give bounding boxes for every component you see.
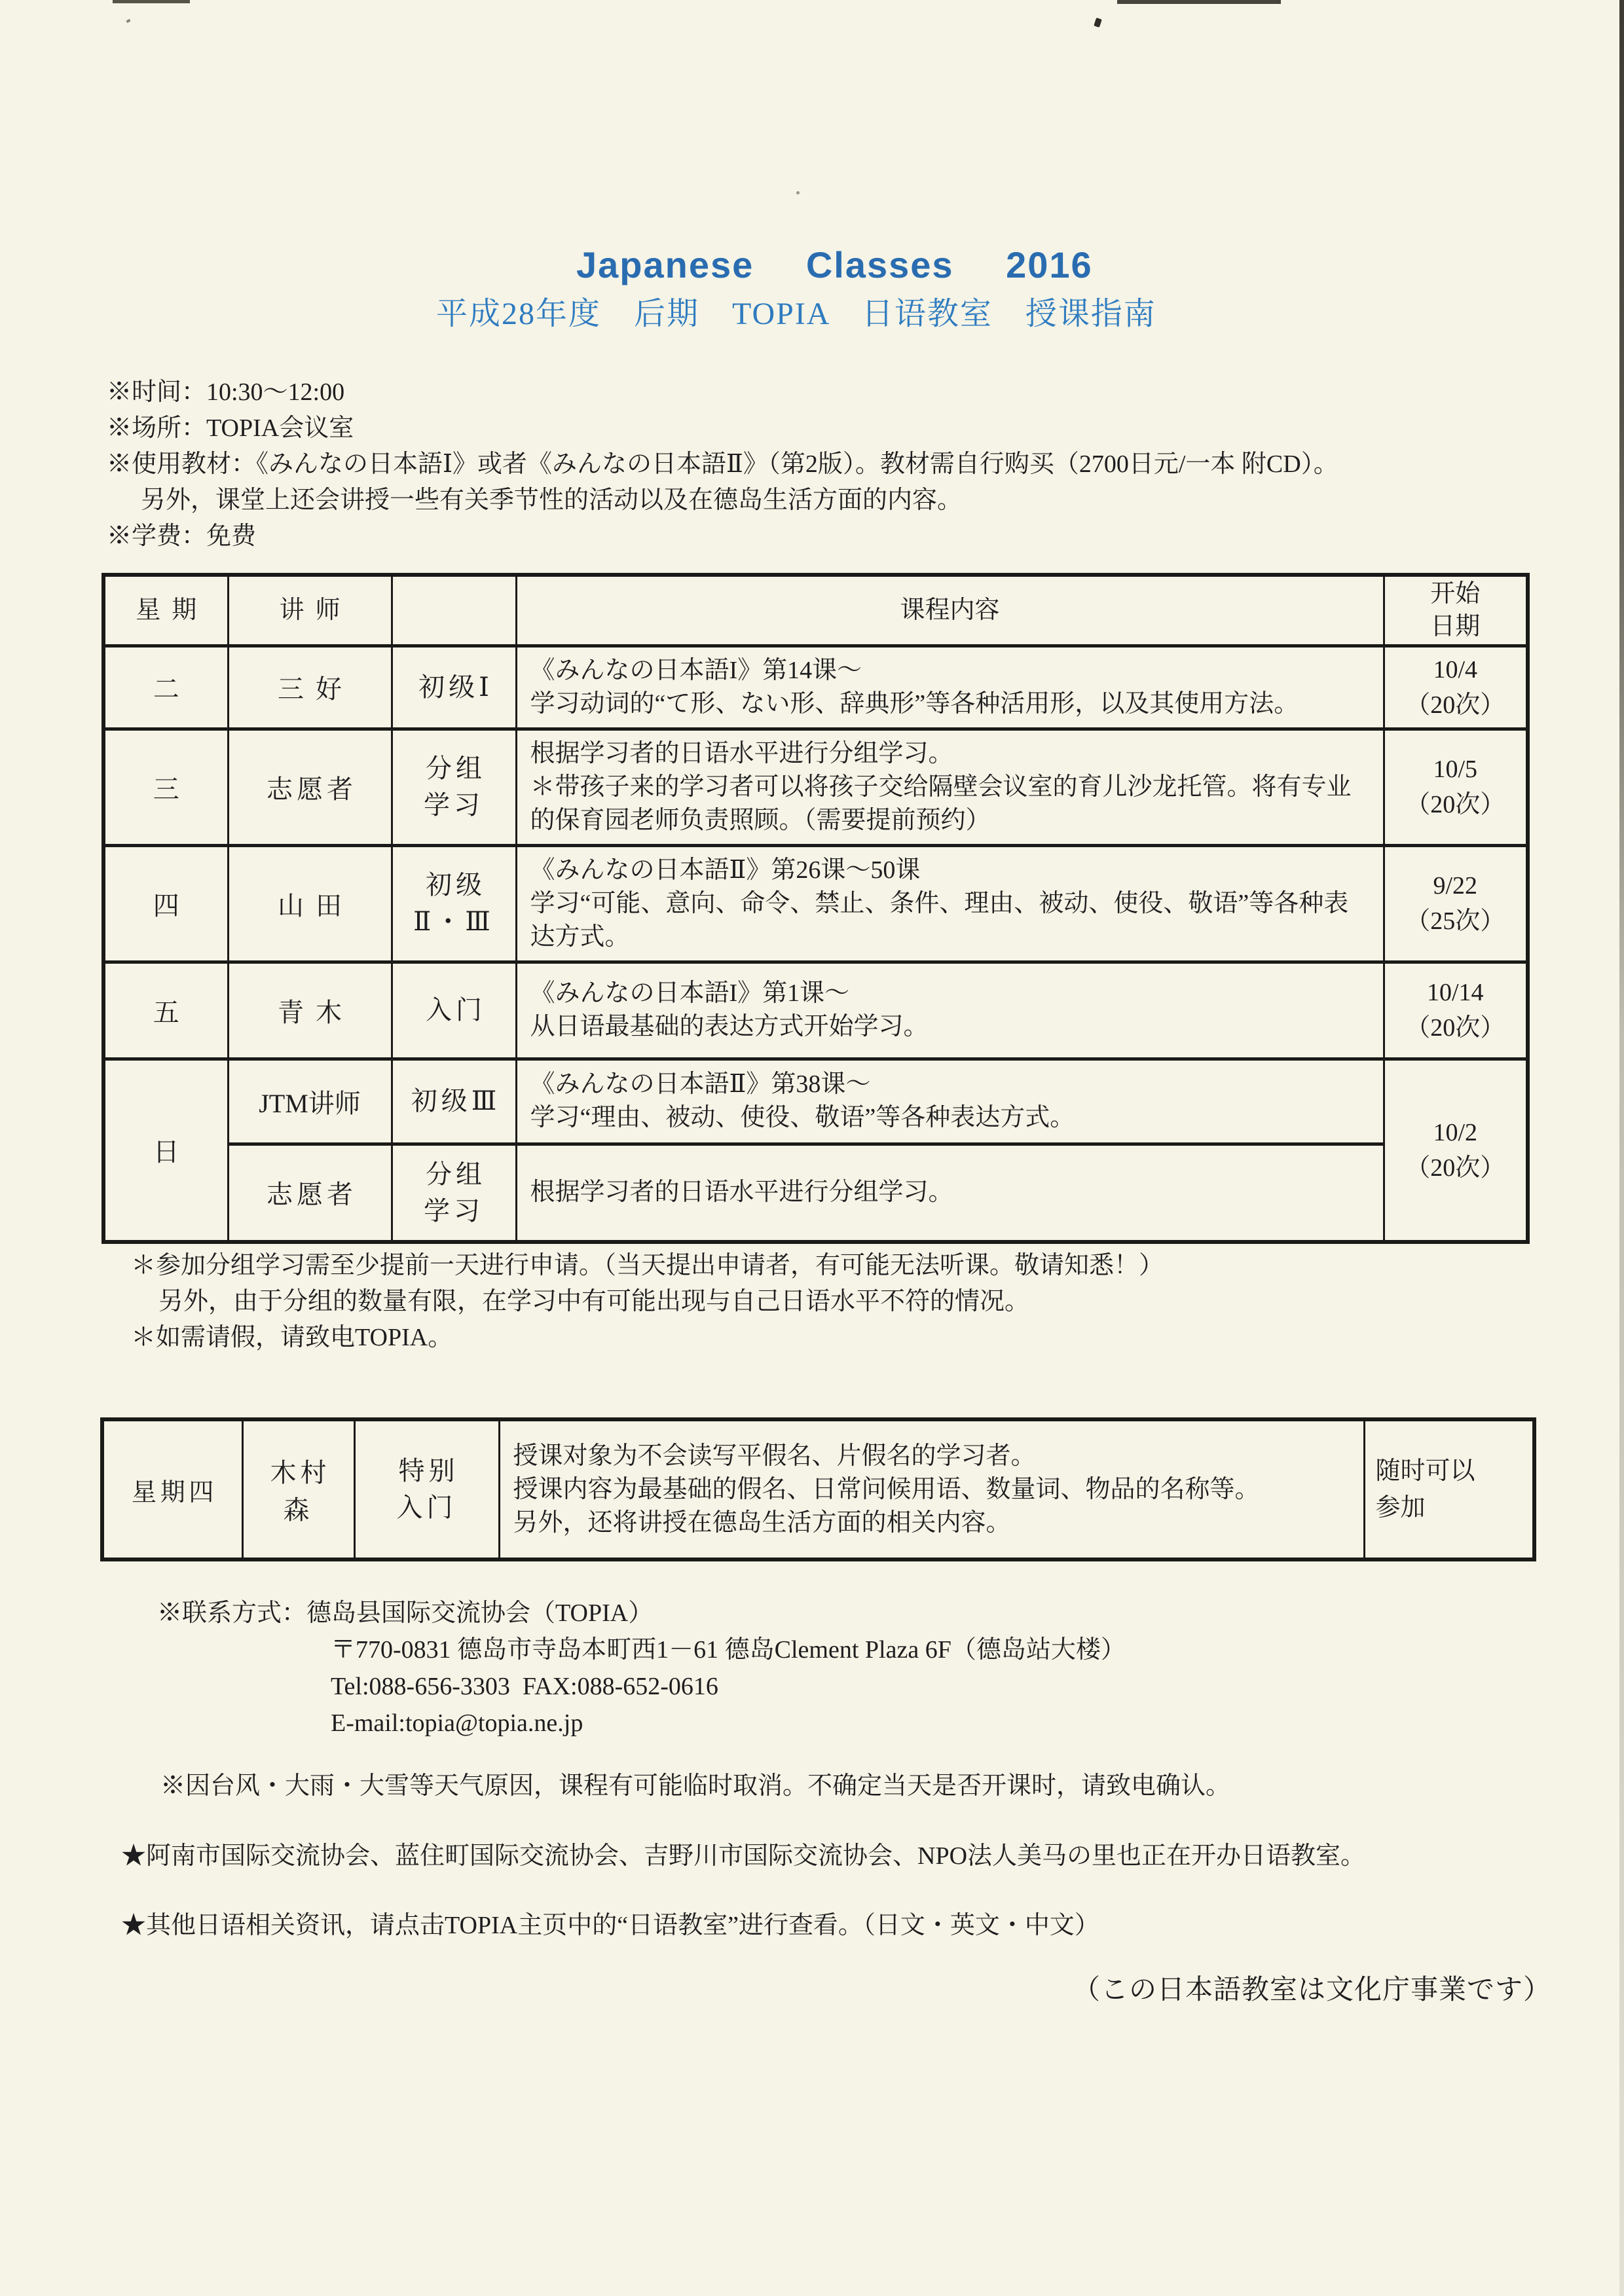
header-start-date: 开始 日期: [1384, 575, 1528, 646]
scan-artifact-top-sliver-left: [113, 0, 190, 3]
cell-level: 初级Ⅰ: [392, 646, 516, 729]
cell-day: 日: [103, 1059, 228, 1242]
info-place: ※场所：TOPIA会议室: [107, 410, 1338, 446]
scan-artifact-speck: [796, 191, 800, 194]
info-textbook: ※使用教材：《みんなの日本語Ⅰ》或者《みんなの日本語Ⅱ》（第2版）。教材需自行购…: [107, 446, 1338, 483]
cell-course-content: 根据学习者的日语水平进行分组学习。: [516, 1144, 1384, 1242]
other-associations-note: ★阿南市国际交流协会、蓝住町国际交流协会、吉野川市国际交流协会、NPO法人美马の…: [121, 1835, 1365, 1871]
header-level: [392, 575, 516, 646]
cell-course-content: 《みんなの日本語I》第14课～ 学习动词的“て形、ない形、辞典形”等各种活用形，…: [516, 646, 1384, 729]
course-info-list: ※时间：10:30～12:00 ※场所：TOPIA会议室 ※使用教材：《みんなの…: [107, 374, 1338, 555]
cell-day: 三: [103, 729, 228, 845]
header-content: 课程内容: [516, 575, 1384, 646]
cell-start-date: 10/5 （20次）: [1384, 729, 1528, 845]
special-class-row: 星期四 木村 森 特别 入门 授课对象为不会读写平假名、片假名的学习者。 授课内…: [102, 1419, 1534, 1559]
cell-start-date: 10/4 （20次）: [1384, 646, 1528, 729]
info-textbook-extra: 另外，课堂上还会讲授一些有关季节性的活动以及在德岛生活方面的内容。: [107, 483, 1338, 519]
cell-teacher: 青木: [228, 962, 392, 1059]
schedule-row-friday: 五 青木 入门 《みんなの日本語I》第1课～ 从日语最基础的表达方式开始学习。 …: [103, 962, 1528, 1059]
contact-block: ※联系方式：德岛县国际交流协会（TOPIA） 〒770-0831 德岛市寺岛本町…: [157, 1595, 1126, 1741]
schedule-row-wednesday: 三 志愿者 分组 学习 根据学习者的日语水平进行分组学习。 ＊带孩子来的学习者可…: [103, 729, 1528, 845]
cell-level: 特别 入门: [354, 1419, 499, 1559]
cell-level: 初级Ⅲ: [392, 1059, 516, 1144]
cell-day: 五: [103, 962, 228, 1059]
page-title-english: Japanese Classes 2016: [576, 244, 1093, 286]
special-class-table: 星期四 木村 森 特别 入门 授课对象为不会读写平假名、片假名的学习者。 授课内…: [100, 1417, 1536, 1561]
contact-label: ※联系方式：德岛县国际交流协会（TOPIA）: [157, 1595, 1126, 1631]
schedule-row-thursday: 四 山田 初级 Ⅱ・Ⅲ 《みんなの日本語Ⅱ》第26课～50课 学习“可能、意向、…: [103, 845, 1528, 962]
cell-level: 分组 学习: [392, 1144, 516, 1242]
cell-day: 二: [103, 646, 228, 729]
cell-teacher: 志愿者: [228, 729, 392, 845]
cell-course-content: 《みんなの日本語Ⅱ》第26课～50课 学习“可能、意向、命令、禁止、条件、理由、…: [516, 845, 1384, 962]
cell-course-content: 根据学习者的日语水平进行分组学习。 ＊带孩子来的学习者可以将孩子交给隔壁会议室的…: [516, 729, 1384, 845]
cell-start-date: 10/2 （20次）: [1384, 1059, 1528, 1242]
cell-course-content: 《みんなの日本語Ⅱ》第38课～ 学习“理由、被动、使役、敬语”等各种表达方式。: [516, 1059, 1384, 1144]
cell-start-date: 10/14 （20次）: [1384, 962, 1528, 1059]
weather-cancellation-note: ※因台风・大雨・大雪等天气原因，课程有可能临时取消。不确定当天是否开课时，请致电…: [160, 1765, 1230, 1801]
cell-level: 分组 学习: [392, 729, 516, 845]
cell-teacher: 木村 森: [242, 1419, 354, 1559]
schedule-row-sunday-b: 志愿者 分组 学习 根据学习者的日语水平进行分组学习。: [103, 1144, 1528, 1242]
cell-day: 四: [103, 845, 228, 962]
cell-level: 入门: [392, 962, 516, 1059]
note-group-limit: 另外，由于分组的数量有限，在学习中有可能出现与自己日语水平不符的情况。: [131, 1284, 1164, 1320]
cell-teacher: 山田: [228, 845, 392, 962]
contact-tel-fax: Tel:088-656-3303 FAX:088-652-0616: [157, 1668, 1126, 1705]
cell-start-date: 9/22 （25次）: [1384, 845, 1528, 962]
info-fee: ※学费：免费: [107, 519, 1338, 555]
cell-start-date: 随时可以 参加: [1364, 1419, 1534, 1559]
document-page: Japanese Classes 2016 平成28年度 后期 TOPIA 日语…: [0, 0, 1624, 2296]
cell-teacher: 志愿者: [228, 1144, 392, 1242]
schedule-notes: ＊参加分组学习需至少提前一天进行申请。（当天提出申请者，有可能无法听课。敬请知悉…: [131, 1248, 1164, 1356]
page-title-chinese: 平成28年度 后期 TOPIA 日语教室 授课指南: [436, 288, 1156, 333]
schedule-header-row: 星期 讲师 课程内容 开始 日期: [103, 575, 1528, 646]
note-group-study: ＊参加分组学习需至少提前一天进行申请。（当天提出申请者，有可能无法听课。敬请知悉…: [131, 1248, 1164, 1284]
scan-artifact-right-edge: [1619, 0, 1624, 2296]
cell-teacher: 三好: [228, 646, 392, 729]
info-time: ※时间：10:30～12:00: [107, 374, 1338, 410]
note-absence: ＊如需请假，请致电TOPIA。: [131, 1320, 1164, 1356]
more-info-note: ★其他日语相关资讯，请点击TOPIA主页中的“日语教室”进行查看。（日文・英文・…: [121, 1904, 1099, 1941]
cell-day: 星期四: [102, 1419, 242, 1559]
cell-level: 初级 Ⅱ・Ⅲ: [392, 845, 516, 962]
cell-course-content: 授课对象为不会读写平假名、片假名的学习者。 授课内容为最基础的假名、日常问候用语…: [499, 1419, 1364, 1559]
contact-email: E-mail:topia@topia.ne.jp: [157, 1705, 1126, 1741]
schedule-row-tuesday: 二 三好 初级Ⅰ 《みんなの日本語I》第14课～ 学习动词的“て形、ない形、辞典…: [103, 646, 1528, 729]
schedule-row-sunday-a: 日 JTM讲师 初级Ⅲ 《みんなの日本語Ⅱ》第38课～ 学习“理由、被动、使役、…: [103, 1059, 1528, 1144]
schedule-table: 星期 讲师 课程内容 开始 日期 二 三好 初级Ⅰ 《みんなの日本語I》第14课…: [101, 573, 1530, 1244]
scan-artifact-speck: [1094, 18, 1102, 27]
scan-artifact-top-sliver-right: [1117, 0, 1281, 4]
contact-address: 〒770-0831 德岛市寺岛本町西1－61 德岛Clement Plaza 6…: [157, 1631, 1126, 1668]
agency-program-note: （この日本語教室は文化庁事業です）: [1073, 1968, 1551, 2007]
scan-artifact-speck: [126, 19, 130, 23]
cell-course-content: 《みんなの日本語I》第1课～ 从日语最基础的表达方式开始学习。: [516, 962, 1384, 1059]
cell-teacher: JTM讲师: [228, 1059, 392, 1144]
header-day: 星期: [103, 575, 228, 646]
header-teacher: 讲师: [228, 575, 392, 646]
